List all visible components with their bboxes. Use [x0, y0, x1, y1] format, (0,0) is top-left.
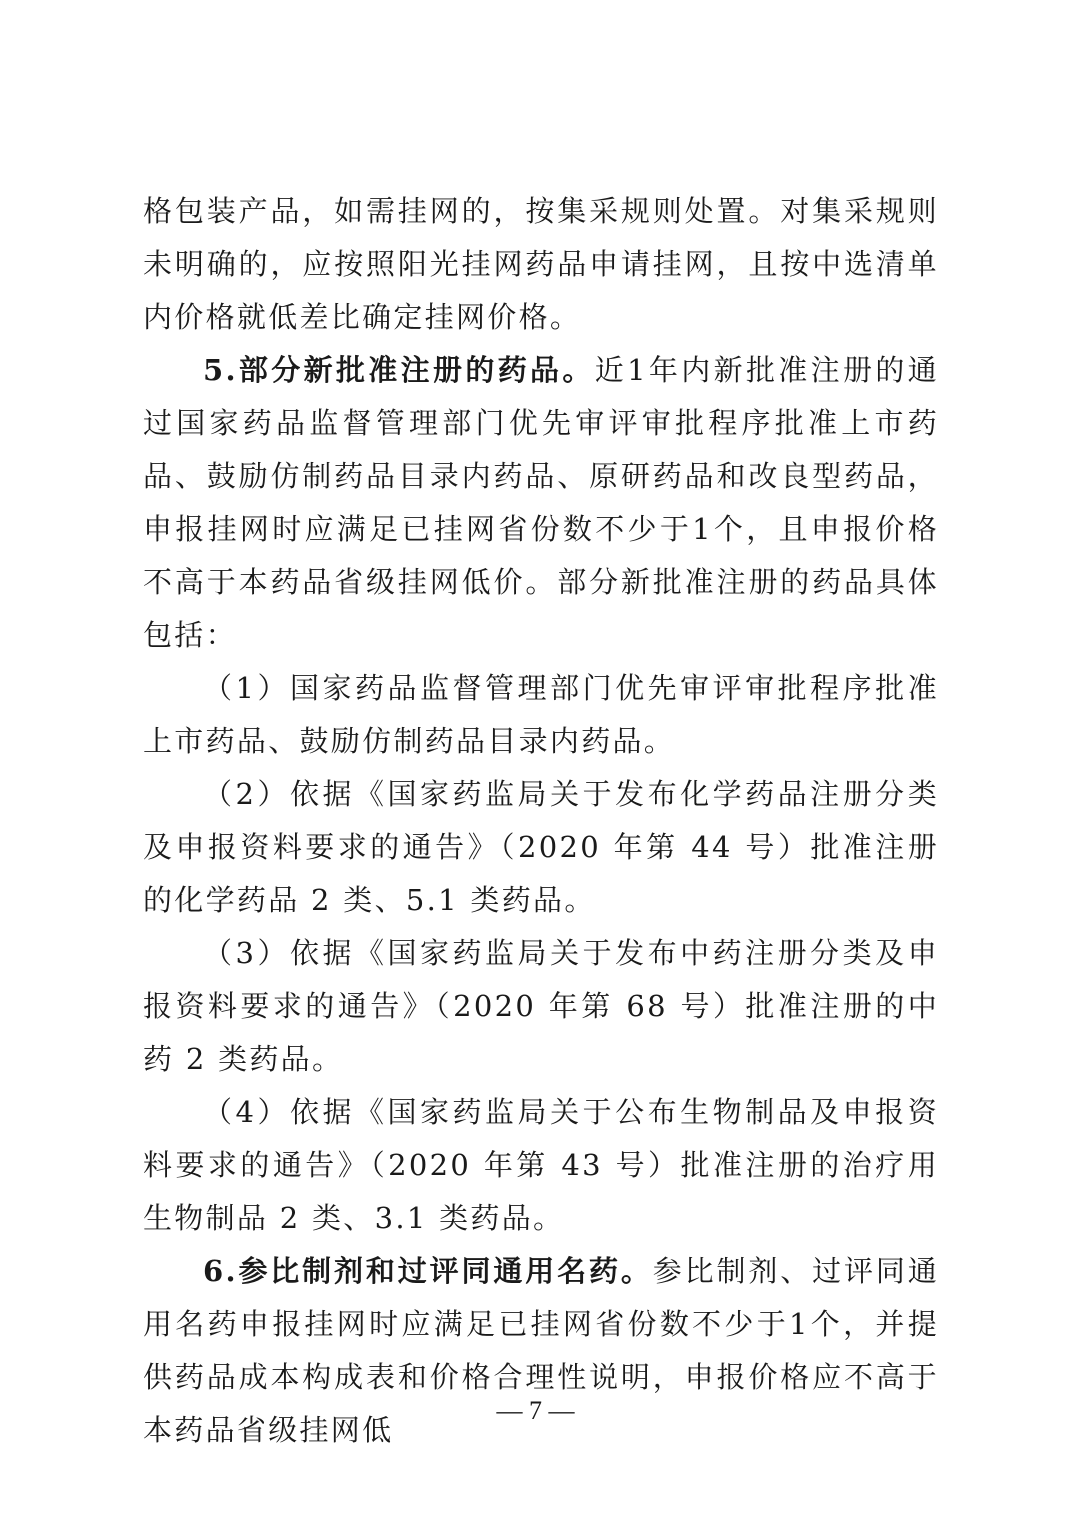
paragraph-text: （3）依据《国家药监局关于发布中药注册分类及申报资料要求的通告》（2020 年第…: [143, 936, 939, 1076]
paragraph-text: 格包装产品，如需挂网的，按集采规则处置。对集采规则未明确的，应按照阳光挂网药品申…: [143, 194, 939, 334]
paragraph-sub-item-3: （3）依据《国家药监局关于发布中药注册分类及申报资料要求的通告》（2020 年第…: [143, 927, 939, 1086]
item-5-heading: 5.部分新批准注册的药品。: [203, 353, 595, 387]
paragraph-text: 近1年内新批准注册的通过国家药品监督管理部门优先审评审批程序批准上市药品、鼓励仿…: [143, 353, 939, 652]
paragraph-continued: 格包装产品，如需挂网的，按集采规则处置。对集采规则未明确的，应按照阳光挂网药品申…: [143, 185, 939, 344]
paragraph-sub-item-4: （4）依据《国家药监局关于公布生物制品及申报资料要求的通告》（2020 年第 4…: [143, 1086, 939, 1245]
paragraph-sub-item-2: （2）依据《国家药监局关于发布化学药品注册分类及申报资料要求的通告》（2020 …: [143, 768, 939, 927]
item-6-heading: 6.参比制剂和过评同通用名药。: [203, 1254, 653, 1288]
paragraph-text: （2）依据《国家药监局关于发布化学药品注册分类及申报资料要求的通告》（2020 …: [143, 777, 939, 917]
paragraph-item-5: 5.部分新批准注册的药品。近1年内新批准注册的通过国家药品监督管理部门优先审评审…: [143, 344, 939, 662]
paragraph-text: （1）国家药品监督管理部门优先审评审批程序批准上市药品、鼓励仿制药品目录内药品。: [143, 671, 939, 758]
paragraph-sub-item-1: （1）国家药品监督管理部门优先审评审批程序批准上市药品、鼓励仿制药品目录内药品。: [143, 662, 939, 768]
document-body: 格包装产品，如需挂网的，按集采规则处置。对集采规则未明确的，应按照阳光挂网药品申…: [143, 185, 939, 1457]
page-number: — 7 —: [0, 1396, 1071, 1426]
paragraph-text: （4）依据《国家药监局关于公布生物制品及申报资料要求的通告》（2020 年第 4…: [143, 1095, 939, 1235]
